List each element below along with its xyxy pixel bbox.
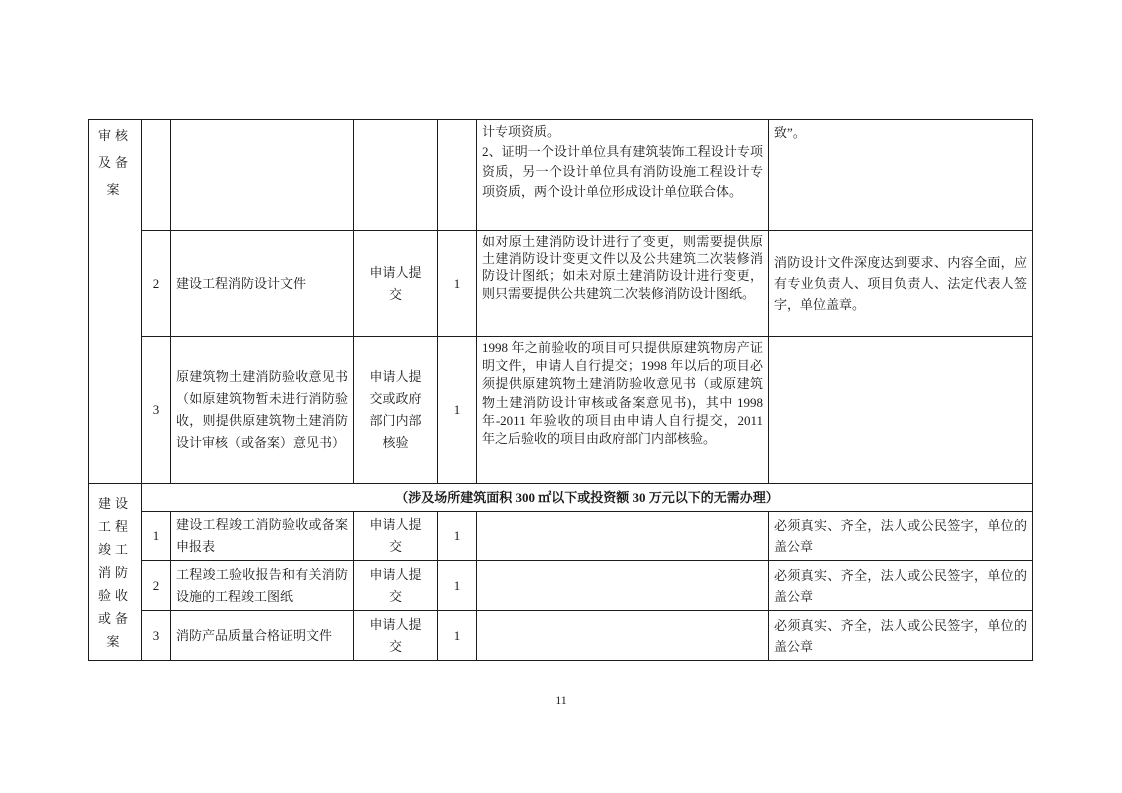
table-row-banner: 建设 工程 竣工 消防 验收 或备 案 （涉及场所建筑面积 300 ㎡以下或投资… xyxy=(89,484,1033,512)
item-name-cell: 建设工程竣工消防验收或备案申报表 xyxy=(171,512,354,561)
notes-cell: 1998 年之前验收的项目可只提供原建筑物房产证明文件，申请人自行提交；1998… xyxy=(477,337,769,484)
row-number-cell: 2 xyxy=(142,231,171,337)
table-row: 2 建设工程消防设计文件 申请人提 交 1 如对原土建消防设计进行了变更，则需要… xyxy=(89,231,1033,337)
requirements-cell: 必须真实、齐全，法人或公民签字，单位的盖公章 xyxy=(769,561,1033,611)
table-row: 1 建设工程竣工消防验收或备案申报表 申请人提 交 1 必须真实、齐全，法人或公… xyxy=(89,512,1033,561)
document-page: 审核 及备 案 计专项资质。 2、证明一个设计单位具有建筑装饰工程设计专项资质，… xyxy=(0,0,1122,793)
row-number-cell: 1 xyxy=(142,512,171,561)
item-name-cell xyxy=(171,120,354,231)
item-name-cell: 消防产品质量合格证明文件 xyxy=(171,611,354,661)
quantity-cell: 1 xyxy=(438,337,477,484)
section-category-shenhe-beian: 审核 及备 案 xyxy=(89,120,142,484)
notes-cell xyxy=(477,512,769,561)
submitter-cell: 申请人提 交 xyxy=(354,231,438,337)
submitter-cell: 申请人提 交或政府 部门内部 核验 xyxy=(354,337,438,484)
item-name-cell: 原建筑物土建消防验收意见书（如原建筑物暂未进行消防验收，则提供原建筑物土建消防设… xyxy=(171,337,354,484)
item-name-cell: 建设工程消防设计文件 xyxy=(171,231,354,337)
section-category-jungong-yanshou: 建设 工程 竣工 消防 验收 或备 案 xyxy=(89,484,142,661)
submitter-cell: 申请人提 交 xyxy=(354,561,438,611)
requirements-cell xyxy=(769,337,1033,484)
table-row: 2 工程竣工验收报告和有关消防设施的工程竣工图纸 申请人提 交 1 必须真实、齐… xyxy=(89,561,1033,611)
requirements-cell: 必须真实、齐全，法人或公民签字，单位的盖公章 xyxy=(769,512,1033,561)
requirements-cell: 消防设计文件深度达到要求、内容全面，应有专业负责人、项目负责人、法定代表人签字，… xyxy=(769,231,1033,337)
row-number-cell: 3 xyxy=(142,611,171,661)
notes-cell: 如对原土建消防设计进行了变更，则需要提供原土建消防设计变更文件以及公共建筑二次装… xyxy=(477,231,769,337)
table-row: 审核 及备 案 计专项资质。 2、证明一个设计单位具有建筑装饰工程设计专项资质，… xyxy=(89,120,1033,231)
page-number: 11 xyxy=(0,693,1122,708)
quantity-cell: 1 xyxy=(438,561,477,611)
row-number-cell: 2 xyxy=(142,561,171,611)
quantity-cell: 1 xyxy=(438,512,477,561)
requirements-cell: 必须真实、齐全，法人或公民签字，单位的盖公章 xyxy=(769,611,1033,661)
submitter-cell: 申请人提 交 xyxy=(354,611,438,661)
notes-cell xyxy=(477,611,769,661)
row-number-cell xyxy=(142,120,171,231)
notes-cell xyxy=(477,561,769,611)
quantity-cell: 1 xyxy=(438,231,477,337)
fire-approval-requirements-table: 审核 及备 案 计专项资质。 2、证明一个设计单位具有建筑装饰工程设计专项资质，… xyxy=(88,119,1033,661)
requirements-cell: 致”。 xyxy=(769,120,1033,231)
notes-cell: 计专项资质。 2、证明一个设计单位具有建筑装饰工程设计专项资质，另一个设计单位具… xyxy=(477,120,769,231)
item-name-cell: 工程竣工验收报告和有关消防设施的工程竣工图纸 xyxy=(171,561,354,611)
submitter-cell xyxy=(354,120,438,231)
table-row: 3 原建筑物土建消防验收意见书（如原建筑物暂未进行消防验收，则提供原建筑物土建消… xyxy=(89,337,1033,484)
table-row: 3 消防产品质量合格证明文件 申请人提 交 1 必须真实、齐全，法人或公民签字，… xyxy=(89,611,1033,661)
section-banner-exemption-note: （涉及场所建筑面积 300 ㎡以下或投资额 30 万元以下的无需办理） xyxy=(142,484,1033,512)
quantity-cell: 1 xyxy=(438,611,477,661)
quantity-cell xyxy=(438,120,477,231)
submitter-cell: 申请人提 交 xyxy=(354,512,438,561)
row-number-cell: 3 xyxy=(142,337,171,484)
